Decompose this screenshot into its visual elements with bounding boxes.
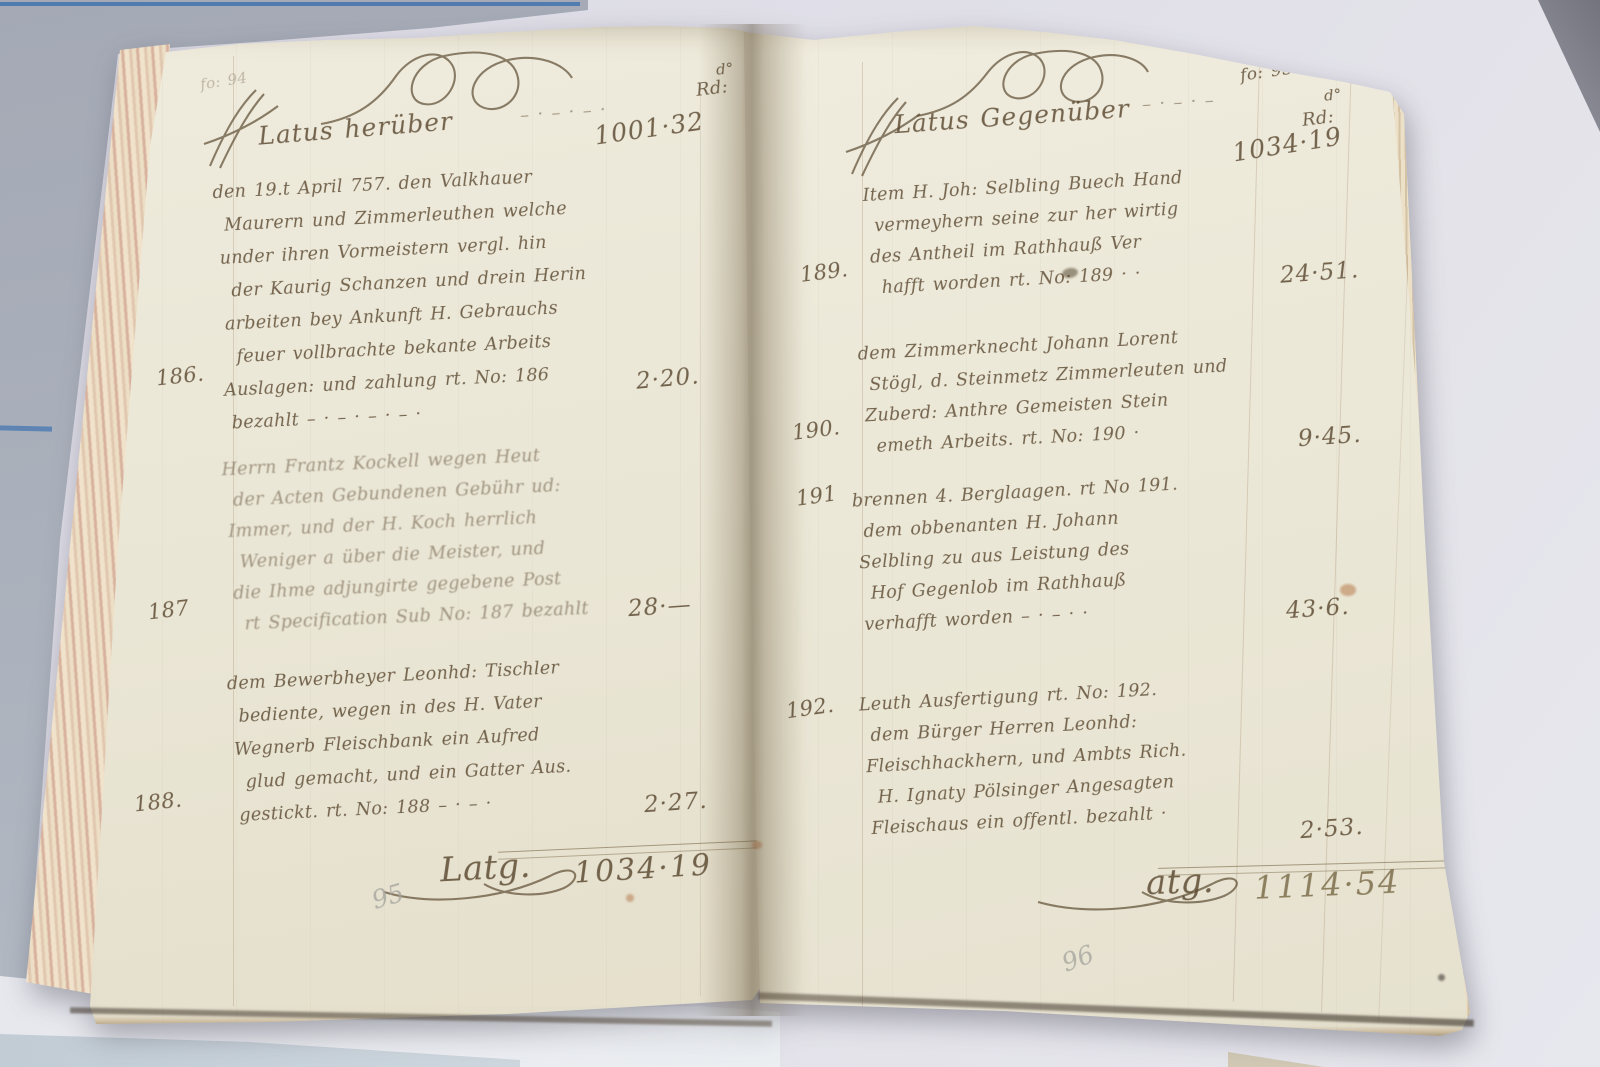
foxing-spot [752,841,762,849]
foxing-spot [1340,584,1356,596]
entry-192-lines: Leuth Ausfertigung rt. No: 192. dem Bürg… [858,674,1190,846]
dark-speck [1438,974,1445,981]
sum-label: Latg. [439,846,532,891]
dito-mark: d° [1323,85,1342,105]
gutter-shadow [698,24,806,1016]
entry-190-lines: dem Zimmerknecht Johann Lorent Stögl, d.… [857,320,1231,463]
entry-188-number: 188. [133,788,183,817]
entry-187-lines: Herrn Frantz Kockell wegen Heut der Acte… [221,439,589,641]
entry-186-lines: den 19.t April 757. den Valkhauer Maurer… [212,159,594,441]
manuscript-book: fo: 94 Latus herüber – · – · – · d° Rd: … [0,0,1600,1067]
entry-187-number: 187 [147,596,191,625]
ledger-photo-scene: fo: 94 Latus herüber – · – · – · d° Rd: … [0,0,1600,1067]
foxing-spot [626,894,634,902]
sum-amount: 1114·54 [1253,863,1401,907]
entry-189-lines: Item H. Joh: Selbling Buech Hand vermeyh… [862,163,1189,305]
entry-191-lines: brennen 4. Berglaagen. rt No 191. dem ob… [851,470,1185,642]
entry-189-amount: 24·51. [1279,257,1360,288]
foxing-spot [1410,108,1420,116]
entry-191-amount: 43·6. [1285,594,1350,624]
entry-188-lines: dem Bewerbheyer Leonhd: Tischler bedient… [226,652,574,833]
entry-186-amount: 2·20. [635,363,701,394]
entry-192-amount: 2·53. [1299,814,1364,844]
page-bottom-edge [744,1026,1474,1038]
right-page: Latus Gegenüber – · – · – fo: 95. d° Rd:… [744,22,1474,1038]
left-page: fo: 94 Latus herüber – · – · – · d° Rd: … [88,26,764,1028]
header-dashes: – · – · – [1141,90,1214,115]
entry-186-number: 186. [155,362,205,391]
entry-187-amount: 28·— [627,592,692,622]
entry-190-amount: 9·45. [1297,422,1362,452]
sum-label: atg. [1145,861,1214,903]
